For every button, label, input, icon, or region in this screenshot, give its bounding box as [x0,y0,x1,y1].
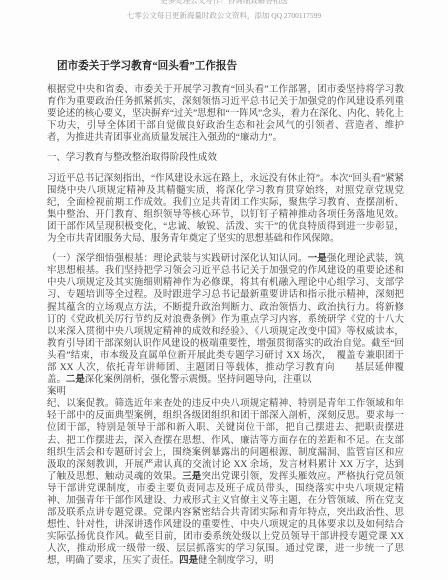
document-title: 团市委关于学习教育“回头看”工作报告 [57,60,404,73]
text-run: 健全制度学习，明 [198,556,274,566]
text-run: 习近平总书记深刻指出，“作风建设永远在路上，永远没有休止符”。本次“回头看”紧紧… [47,174,404,244]
emphasis-run: 一是 [308,254,327,264]
text-run: 深化案例剖析，强化警示震慑。坚持问题导向，注重以 [85,375,312,385]
text-run: （一）深学细悟强根基：理论武装与实践研讨深化认知认同。 [47,254,308,264]
paragraph: 根据党中央和省委、市委关于开展学习教育“回头看”工作部署，团市委坚持将学习教育作… [47,84,404,144]
document-page: 团市委关于学习教育“回头看”工作报告 根据党中央和省委、市委关于开展学习教育“回… [47,60,404,576]
text-run: 案明 [47,387,66,397]
document-body: 根据党中央和省委、市委关于开展学习教育“回头看”工作部署，团市委坚持将学习教育作… [47,84,404,568]
text-run: 根据党中央和省委、市委关于开展学习教育“回头看”工作部署，团市委坚持将学习教育作… [47,85,404,143]
section-heading: 一、学习教育与整改整治取得阶段性成效 [47,152,404,164]
emphasis-run: 四是 [179,556,198,566]
paragraph: 习近平总书记深刻指出，“作风建设永远在路上，永远没有休止符”。本次“回头看”紧紧… [47,173,404,246]
watermark-line-2: 七零公文每日更新海量时政公文资料，添加 QQ 2700117599 [0,11,448,20]
text-run: 纪、以案促教。筛选近年来查处的违反中央八项规定精神、特别是青年工作领域和年轻干部… [47,399,404,482]
text-run: 一、学习教育与整改整治取得阶段性成效 [47,153,217,163]
watermark-line-1: 更多处理公文写作？咨询细致解答相送 [0,0,448,5]
paragraph: （一）深学细悟强根基：理论武装与实践研讨深化认知认同。一是强化理论武装，筑牢思想… [47,253,404,567]
text-run: 突出党课引领，发挥头雁效应。严格执行党员领导干部讲党课制度，市委主要负责同志及班… [47,472,404,567]
emphasis-run: 三是 [182,472,201,482]
text-run: 强化理论武装，筑牢思想根基。我们坚持把学习领会习近平总书记关于加强党的作风建设的… [47,254,404,385]
emphasis-run: 二是 [66,375,85,385]
